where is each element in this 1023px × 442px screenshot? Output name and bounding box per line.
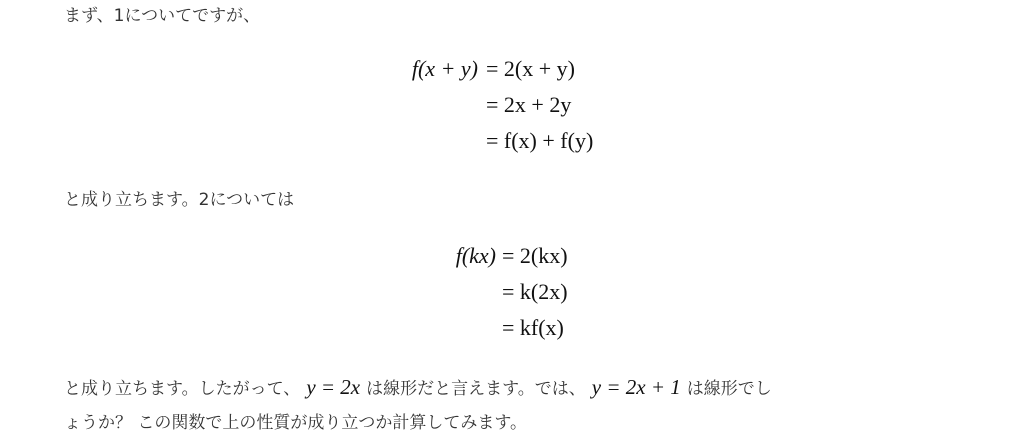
paragraph-conclusion: と成り立ちます。したがって、y = 2xは線形だと言えます。では、y = 2x … <box>64 371 772 405</box>
paragraph-question-text: ょうか？ この関数で上の性質が成り立つか計算してみます。 <box>64 413 527 433</box>
equation-block-homogeneity: f(kx) = 2(kx) = k(2x) = kf(x) <box>436 238 636 348</box>
equation-row: = 2(x + y) <box>486 51 575 87</box>
paragraph-conclusion-text-1: と成り立ちます。したがって、 <box>64 379 300 399</box>
equation-row: = f(x) + f(y) <box>486 123 593 159</box>
equation-lhs: f(x + y) <box>392 51 478 87</box>
equation-row: = 2(kx) <box>502 238 568 274</box>
inline-math-affine: y = 2x + 1 <box>592 375 681 399</box>
paragraph-second-property: と成り立ちます。2については <box>64 184 294 216</box>
equation-row: = k(2x) <box>502 274 568 310</box>
paragraph-conclusion-text-3: は線形でし <box>687 379 772 399</box>
paragraph-question: ょうか？ この関数で上の性質が成り立つか計算してみます。 <box>64 407 527 439</box>
equation-block-additivity: f(x + y) = 2(x + y) = 2x + 2y = f(x) + f… <box>392 51 652 161</box>
paragraph-conclusion-text-2: は線形だと言えます。では、 <box>366 379 586 399</box>
equation-row: = 2x + 2y <box>486 87 571 123</box>
paragraph-intro-text: まず、1についてですが、 <box>64 6 260 26</box>
equation-row: = kf(x) <box>502 310 564 346</box>
equation-lhs: f(kx) <box>436 238 496 274</box>
paragraph-intro: まず、1についてですが、 <box>64 0 260 32</box>
inline-math-linear: y = 2x <box>306 375 360 399</box>
paragraph-second-property-text: と成り立ちます。2については <box>64 190 294 210</box>
